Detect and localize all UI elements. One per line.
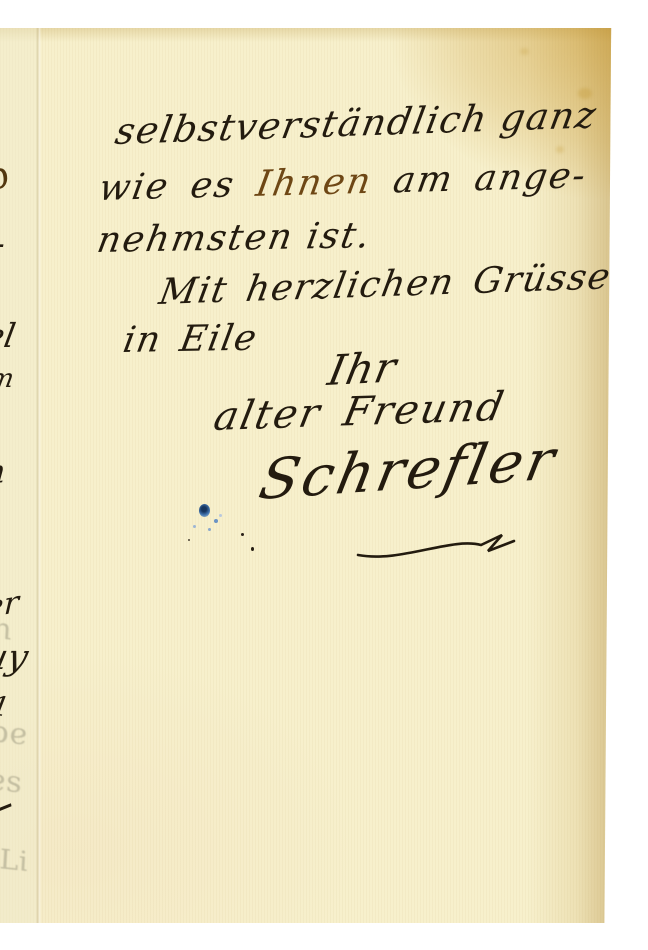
ink-speck [188, 539, 190, 541]
letter-line-2-pre: wie es [96, 164, 260, 209]
foxing-spot [556, 146, 564, 153]
blue-ink-stain-satellite [214, 519, 218, 523]
letter-line-1: selbstverständlich ganz [112, 93, 601, 153]
letter-line-2-post: am ange- [369, 155, 591, 202]
blue-ink-stain-satellite [219, 514, 222, 517]
blue-ink-stain-satellite [193, 525, 196, 528]
ink-speck [241, 533, 244, 536]
letter-closing-in-haste: in Eile [120, 318, 261, 361]
letter-word-ihnen-faded: Ihnen [253, 161, 376, 205]
edge-fragment: - [0, 232, 4, 256]
scan-canvas: b - el m n er uy 1 — n be es Li selbstve… [0, 0, 648, 950]
letter-line-3: nehmsten ist. [94, 215, 375, 261]
ink-speck [251, 547, 254, 551]
ghost-fragment: Li [0, 843, 30, 879]
letter-closing-greeting: Mit herzlichen Grüssen [156, 256, 639, 313]
signature-flourish [356, 531, 521, 561]
letter-paper: b - el m n er uy 1 — n be es Li selbstve… [0, 28, 613, 923]
blue-ink-stain [199, 504, 210, 517]
letter-line-2: wie es Ihnen am ange- [96, 155, 590, 209]
fold-crease [36, 28, 41, 923]
signature: Schrefler [254, 428, 563, 513]
letter-closing-alter-freund: alter Freund [210, 384, 509, 440]
blue-ink-stain-satellite [208, 528, 211, 531]
foxing-spot [578, 88, 592, 99]
foxing-spot [520, 48, 529, 55]
